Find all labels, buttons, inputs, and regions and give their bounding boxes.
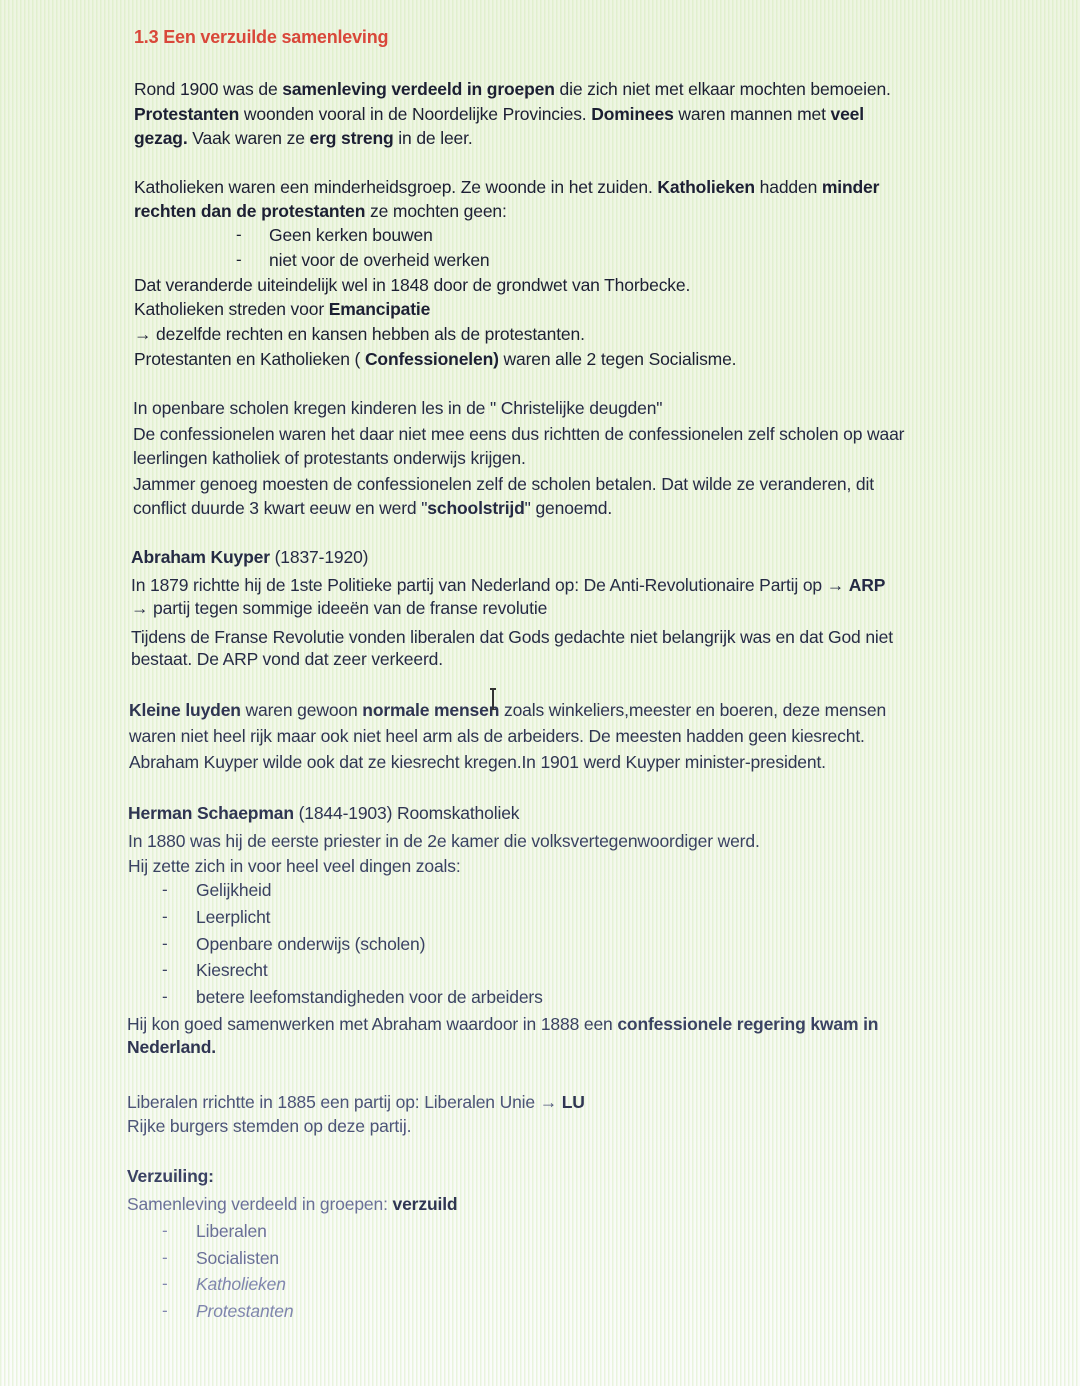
paragraph-line: Rijke burgers stemden op deze partij. (127, 1114, 411, 1138)
paragraph-line: Rond 1900 was de samenleving verdeeld in… (134, 77, 891, 101)
bold-text: verzuild (393, 1194, 458, 1214)
text: Protestanten en Katholieken ( (134, 349, 365, 369)
bold-text: samenleving verdeeld in groepen (282, 79, 555, 99)
document-page: 1.3 Een verzuilde samenleving Rond 1900 … (0, 0, 1080, 1386)
text: ze mochten geen: (365, 201, 506, 221)
text: die zich niet met elkaar mochten bemoeie… (555, 79, 891, 99)
text: Hij kon goed samenwerken met Abraham waa… (127, 1014, 617, 1034)
list-item: betere leefomstandigheden voor de arbeid… (196, 985, 543, 1009)
bold-text: Abraham Kuyper (131, 547, 270, 567)
bullet-dash: - (162, 932, 168, 956)
paragraph-line: Hij kon goed samenwerken met Abraham waa… (127, 1012, 878, 1036)
text-cursor-icon (490, 688, 496, 710)
paragraph-line: In 1880 was hij de eerste priester in de… (128, 829, 760, 853)
bullet-dash: - (162, 1219, 168, 1243)
paragraph-line: rechten dan de protestanten ze mochten g… (134, 199, 507, 223)
bullet-dash: - (162, 985, 168, 1009)
bold-text: LU (562, 1092, 585, 1112)
bold-text: Dominees (591, 104, 673, 124)
section-heading: Abraham Kuyper (1837-1920) (131, 545, 368, 569)
bullet-dash: - (162, 1299, 168, 1323)
list-item: Gelijkheid (196, 878, 271, 902)
text: Rond 1900 was de (134, 79, 282, 99)
paragraph-line: Jammer genoeg moesten de confessionelen … (133, 472, 874, 496)
bullet-dash: - (162, 958, 168, 982)
section-heading: Verzuiling: (127, 1164, 214, 1188)
paragraph-line: De confessionelen waren het daar niet me… (133, 422, 904, 446)
bullet-dash: - (236, 248, 242, 272)
paragraph-line: waren niet heel rijk maar ook niet heel … (129, 724, 865, 748)
bold-text: gezag. (134, 128, 188, 148)
paragraph-line: In 1879 richtte hij de 1ste Politieke pa… (131, 573, 885, 597)
text: Katholieken waren een minderheidsgroep. … (134, 177, 657, 197)
paragraph-line: Protestanten en Katholieken ( Confession… (134, 347, 736, 371)
list-item: Protestanten (196, 1299, 293, 1323)
paragraph-line: Katholieken streden voor Emancipatie (134, 297, 430, 321)
bold-text: Herman Schaepman (128, 803, 294, 823)
bold-text: erg streng (310, 128, 394, 148)
list-item: Leerplicht (196, 905, 270, 929)
bullet-dash: - (236, 223, 242, 247)
bold-text: normale mensen (362, 700, 499, 720)
text: In 1879 richtte hij de 1ste Politieke pa… (131, 575, 849, 595)
text: hadden (755, 177, 822, 197)
bullet-dash: - (162, 905, 168, 929)
bold-text: confessionele regering kwam in (617, 1014, 878, 1034)
list-item: Openbare onderwijs (scholen) (196, 932, 425, 956)
text: Samenleving verdeeld in groepen: (127, 1194, 393, 1214)
bold-text: Emancipatie (329, 299, 430, 319)
paragraph-line: Protestanten woonden vooral in de Noorde… (134, 102, 864, 126)
paragraph-line: Liberalen rrichtte in 1885 een partij op… (127, 1090, 585, 1114)
paragraph-line: Dat veranderde uiteindelijk wel in 1848 … (134, 273, 690, 297)
paragraph-line: Samenleving verdeeld in groepen: verzuil… (127, 1192, 457, 1216)
paragraph-line: gezag. Vaak waren ze erg streng in de le… (134, 126, 473, 150)
bold-text: minder (822, 177, 879, 197)
paragraph-line: conflict duurde 3 kwart eeuw en werd "sc… (133, 496, 612, 520)
bold-text: Verzuiling: (127, 1166, 214, 1186)
paragraph-line: Abraham Kuyper wilde ook dat ze kiesrech… (129, 750, 826, 774)
paragraph-line: bestaat. De ARP vond dat zeer verkeerd. (131, 647, 443, 671)
text: Vaak waren ze (188, 128, 310, 148)
bold-text: ARP (849, 575, 886, 595)
paragraph-line: Katholieken waren een minderheidsgroep. … (134, 175, 879, 199)
text: (1837-1920) (270, 547, 368, 567)
paragraph-line: Tijdens de Franse Revolutie vonden liber… (131, 625, 893, 649)
bullet-dash: - (162, 878, 168, 902)
text: woonden vooral in de Noordelijke Provinc… (239, 104, 591, 124)
paragraph-line: leerlingen katholiek of protestants onde… (133, 446, 526, 470)
list-item: Katholieken (196, 1272, 286, 1296)
text: Liberalen rrichtte in 1885 een partij op… (127, 1092, 562, 1112)
paragraph-line: → dezelfde rechten en kansen hebben als … (134, 322, 585, 346)
text: waren gewoon (241, 700, 362, 720)
bold-text: Nederland. (127, 1037, 216, 1057)
bold-text: veel (831, 104, 864, 124)
text: waren mannen met (674, 104, 831, 124)
section-title: 1.3 Een verzuilde samenleving (134, 27, 388, 48)
list-item: Socialisten (196, 1246, 279, 1270)
text: zoals winkeliers,meester en boeren, deze… (499, 700, 886, 720)
text: conflict duurde 3 kwart eeuw en werd " (133, 498, 427, 518)
paragraph-line: Kleine luyden waren gewoon normale mense… (129, 698, 886, 722)
paragraph-line: In openbare scholen kregen kinderen les … (133, 396, 662, 420)
text: " genoemd. (525, 498, 612, 518)
bold-text: Protestanten (134, 104, 239, 124)
text: in de leer. (394, 128, 473, 148)
bold-text: rechten dan de protestanten (134, 201, 365, 221)
paragraph-line: → partij tegen sommige ideeën van de fra… (131, 596, 547, 620)
list-item: Geen kerken bouwen (269, 223, 433, 247)
text: waren alle 2 tegen Socialisme. (499, 349, 737, 369)
bold-text: schoolstrijd (427, 498, 524, 518)
text: Katholieken streden voor (134, 299, 329, 319)
bold-text: Katholieken (657, 177, 755, 197)
bold-text: Kleine luyden (129, 700, 241, 720)
list-item: Liberalen (196, 1219, 267, 1243)
list-item: niet voor de overheid werken (269, 248, 490, 272)
list-item: Kiesrecht (196, 958, 268, 982)
bullet-dash: - (162, 1246, 168, 1270)
text: (1844-1903) Roomskatholiek (294, 803, 520, 823)
bold-text: Confessionelen) (365, 349, 499, 369)
section-heading: Herman Schaepman (1844-1903) Roomskathol… (128, 801, 519, 825)
bullet-dash: - (162, 1272, 168, 1296)
paragraph-line: Nederland. (127, 1035, 216, 1059)
paragraph-line: Hij zette zich in voor heel veel dingen … (128, 854, 461, 878)
